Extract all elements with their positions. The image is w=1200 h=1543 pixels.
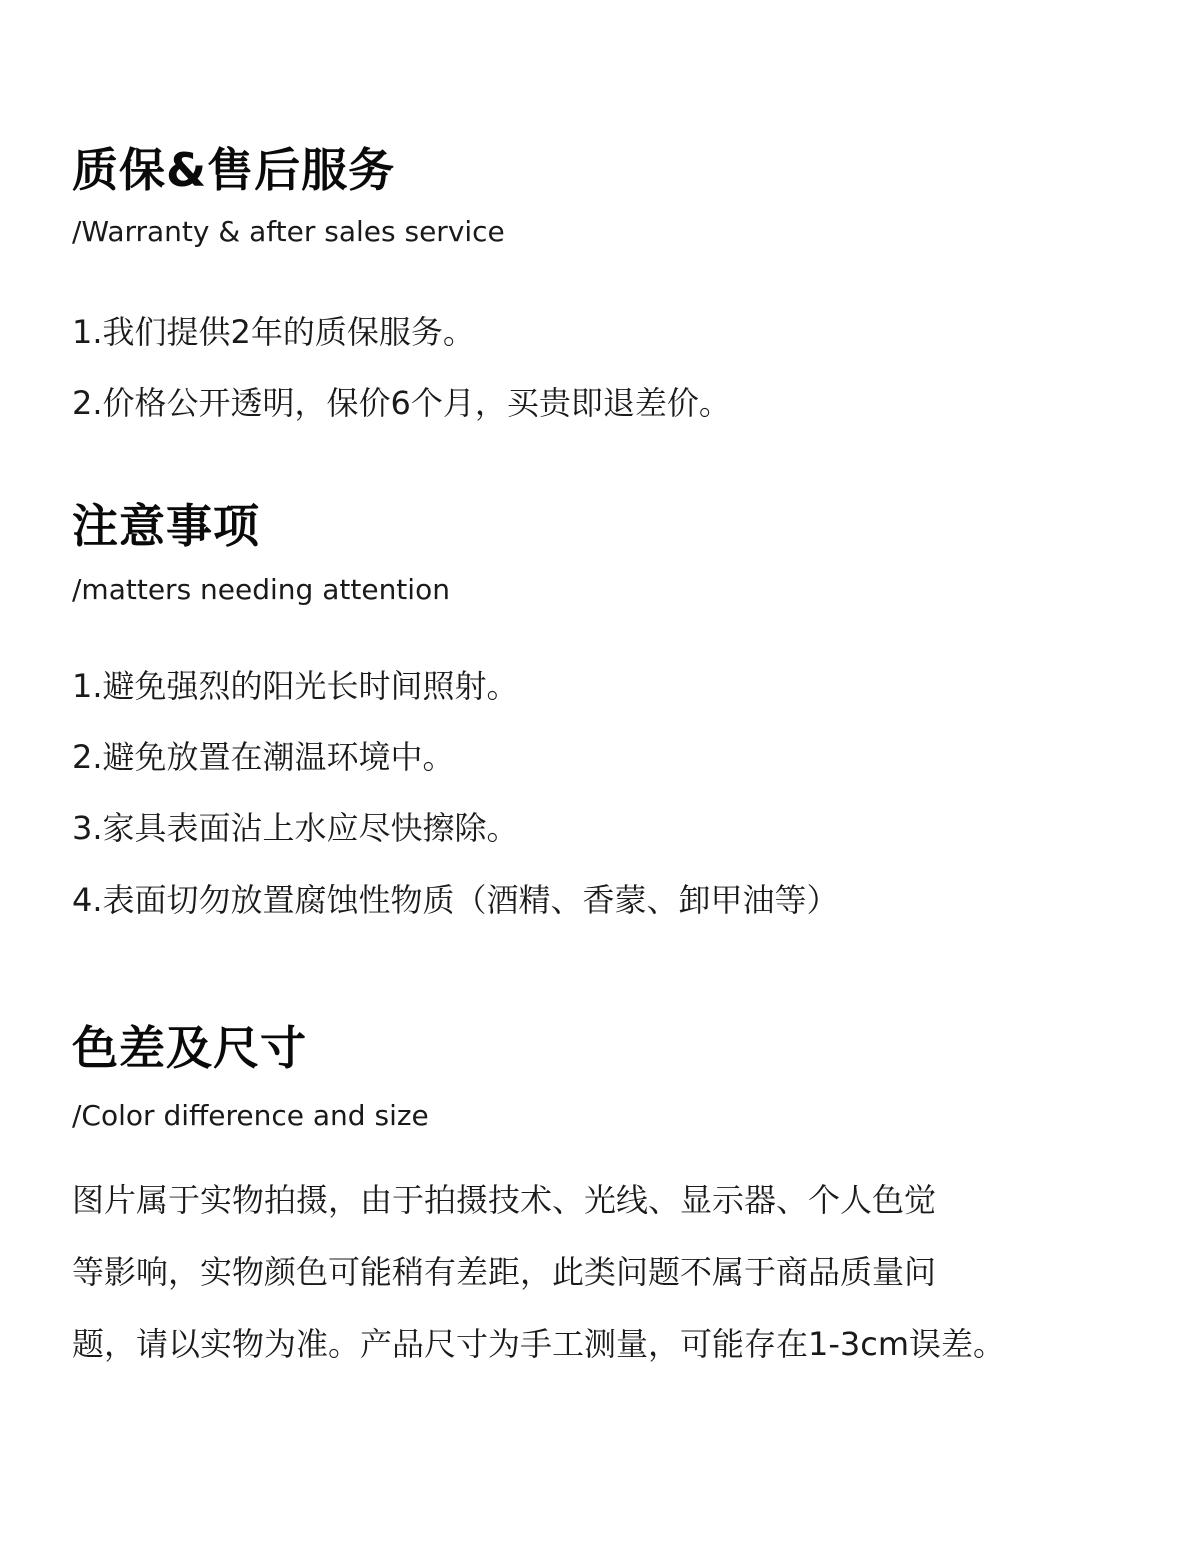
notes-item-4: 4.表面切勿放置腐蚀性物质（酒精、香蒙、卸甲油等） xyxy=(72,880,1152,920)
notes-item-2: 2.避免放置在潮温环境中。 xyxy=(72,737,1152,777)
notes-section: 注意事项 /matters needing attention xyxy=(72,498,1152,608)
color-size-paragraph: 图片属于实物拍摄，由于拍摄技术、光线、显示器、个人色觉 等影响，实物颜色可能稍有… xyxy=(72,1164,1152,1380)
color-size-section: 色差及尺寸 /Color difference and size xyxy=(72,1020,1152,1134)
notes-title: 注意事项 xyxy=(72,498,1152,554)
paragraph-line-2: 等影响，实物颜色可能稍有差距，此类问题不属于商品质量问 xyxy=(72,1236,1152,1308)
warranty-section: 质保&售后服务 /Warranty & after sales service xyxy=(72,142,1152,250)
notes-subtitle: /matters needing attention xyxy=(72,572,1152,608)
notes-item-3: 3.家具表面沾上水应尽快擦除。 xyxy=(72,808,1152,848)
paragraph-line-3: 题，请以实物为准。产品尺寸为手工测量，可能存在1-3cm误差。 xyxy=(72,1308,1152,1380)
warranty-item-1: 1.我们提供2年的质保服务。 xyxy=(72,312,1152,352)
warranty-subtitle: /Warranty & after sales service xyxy=(72,214,1152,250)
color-size-subtitle: /Color difference and size xyxy=(72,1098,1152,1134)
warranty-item-2: 2.价格公开透明，保价6个月，买贵即退差价。 xyxy=(72,383,1152,423)
color-size-title: 色差及尺寸 xyxy=(72,1020,1152,1076)
warranty-title: 质保&售后服务 xyxy=(72,142,1152,198)
paragraph-line-1: 图片属于实物拍摄，由于拍摄技术、光线、显示器、个人色觉 xyxy=(72,1164,1152,1236)
notes-item-1: 1.避免强烈的阳光长时间照射。 xyxy=(72,666,1152,706)
